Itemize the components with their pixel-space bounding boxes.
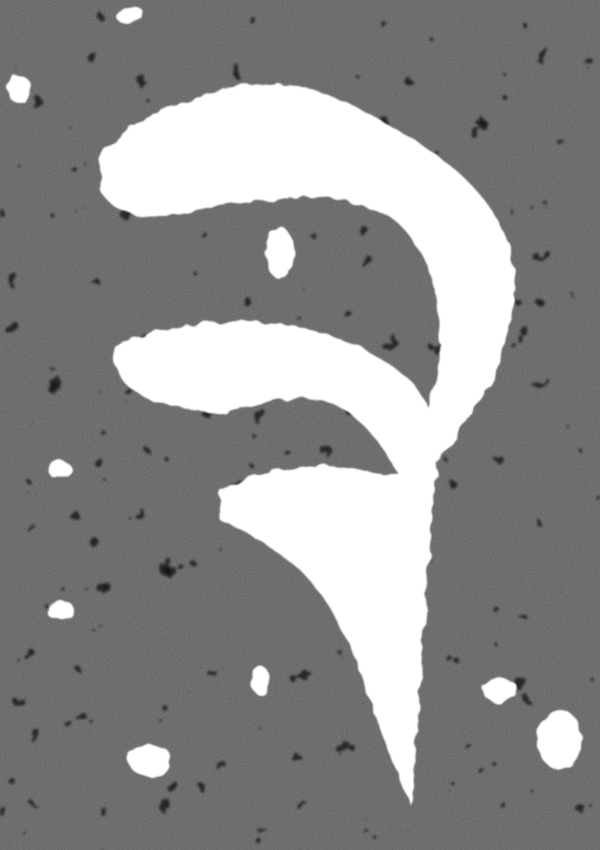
rubbing-canvas — [0, 0, 600, 850]
speckle-cluster — [116, 5, 144, 25]
speckle-cluster — [538, 710, 582, 770]
speckle-cluster — [48, 461, 72, 479]
calligraphy-rubbing — [0, 0, 600, 850]
speckle-cluster — [482, 678, 518, 702]
stroke-dot — [266, 227, 294, 279]
speckle-cluster — [128, 744, 172, 776]
speckle-cluster — [46, 600, 74, 620]
speckle-cluster — [8, 76, 32, 104]
speckle-cluster — [250, 666, 270, 694]
